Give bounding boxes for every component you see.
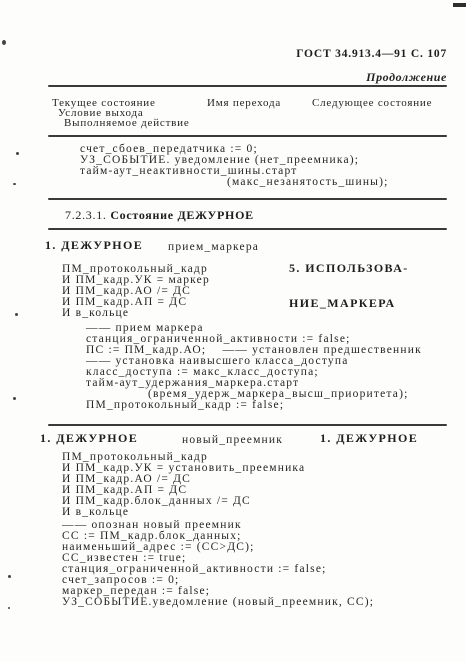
horizontal-rule xyxy=(48,424,447,426)
carryover-action-block: счет_сбоев_передатчика := 0; УЗ_СОБЫТИЕ.… xyxy=(80,144,389,188)
code-line: И в_кольце xyxy=(62,308,210,319)
scan-speck xyxy=(2,40,6,45)
column-header-next-state: Следующее состояние xyxy=(312,97,432,109)
scan-speck xyxy=(13,397,16,400)
section-heading: 7.2.3.1. Состояние ДЕЖУРНОЕ xyxy=(65,208,254,223)
scan-artifact xyxy=(453,3,466,7)
row2-condition-block: ПМ_протокольный_кадр И ПМ_кадр.УК = уста… xyxy=(62,452,305,518)
row2-transition-name: новый_преемник xyxy=(182,434,283,446)
document-page: ГОСТ 34.913.4—91 С. 107 Продолжение Теку… xyxy=(0,0,466,661)
scan-speck xyxy=(16,152,19,155)
row1-action-block: —— прием маркера станция_ограниченной_ак… xyxy=(86,323,422,411)
column-header-action: Выполняемое действие xyxy=(64,117,190,129)
horizontal-rule xyxy=(48,198,447,200)
row1-condition-block: ПМ_протокольный_кадр И ПМ_кадр.УК = марк… xyxy=(62,264,210,319)
section-title: Состояние ДЕЖУРНОЕ xyxy=(110,208,254,222)
row1-next-state: 5. ИСПОЛЬЗОВА- НИЕ_МАРКЕРА xyxy=(289,240,409,332)
horizontal-rule xyxy=(48,228,447,230)
row2-action-block: —— опознан новый преемник СС := ПМ_кадр.… xyxy=(62,520,374,608)
code-line: ПМ_протокольный_кадр := false; xyxy=(86,400,422,411)
scan-speck xyxy=(8,607,10,609)
row2-current-state: 1. ДЕЖУРНОЕ xyxy=(40,433,138,445)
horizontal-rule xyxy=(48,135,447,137)
scan-speck xyxy=(15,313,18,316)
row1-next-state-line1: 5. ИСПОЛЬЗОВА- xyxy=(289,263,409,275)
row2-next-state: 1. ДЕЖУРНОЕ xyxy=(320,433,418,445)
code-line-continuation: (макс_незанятость_шины); xyxy=(80,177,389,188)
continuation-label: Продолжение xyxy=(366,70,447,85)
doc-reference: ГОСТ 34.913.4—91 С. 107 xyxy=(296,48,447,60)
horizontal-rule xyxy=(48,85,447,87)
scan-speck xyxy=(13,183,16,185)
section-number: 7.2.3.1. xyxy=(65,208,110,222)
row1-next-state-line2: НИЕ_МАРКЕРА xyxy=(289,298,409,310)
code-line: И в_кольце xyxy=(62,507,305,518)
row1-current-state: 1. ДЕЖУРНОЕ xyxy=(45,240,143,252)
code-line: УЗ_СОБЫТИЕ.уведомление (новый_преемник, … xyxy=(62,597,374,608)
row1-transition-name: прием_маркера xyxy=(168,241,259,253)
scan-speck xyxy=(8,575,11,578)
column-header-transition-name: Имя перехода xyxy=(207,97,281,109)
